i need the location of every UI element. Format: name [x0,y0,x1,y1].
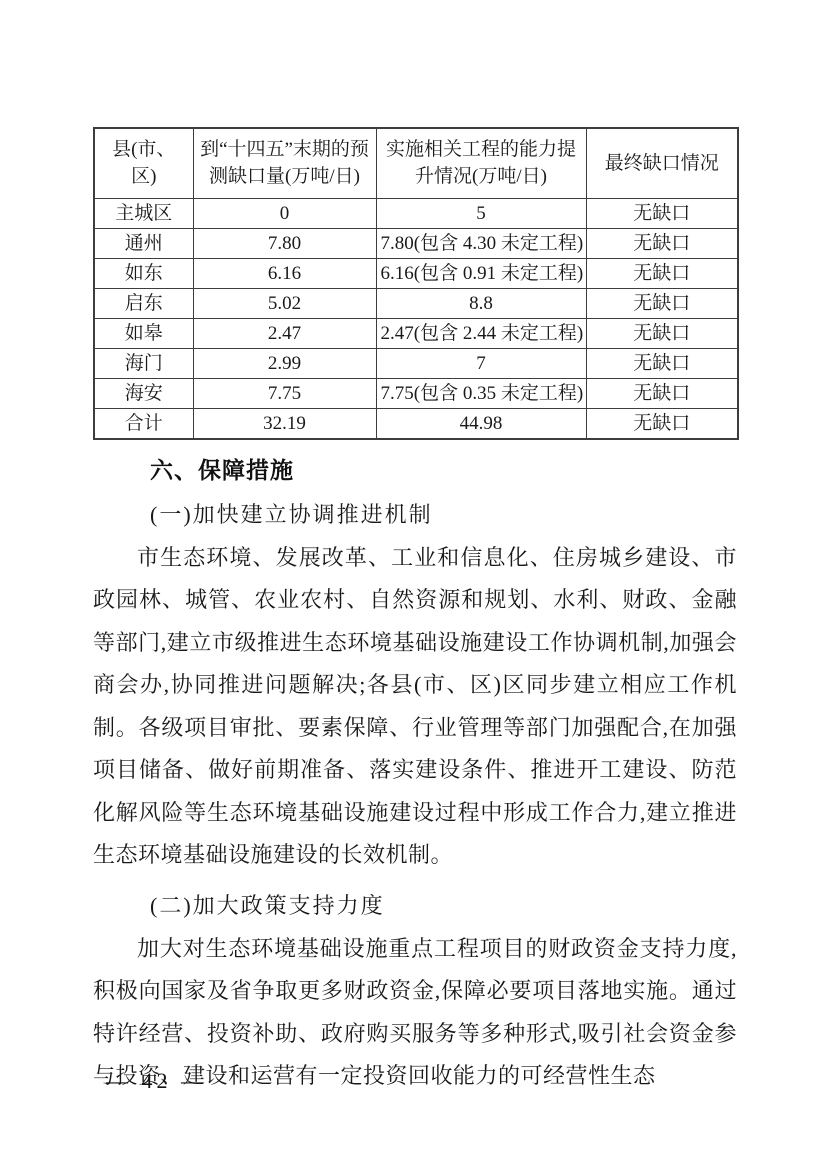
table-cell: 7.75(包含 0.35 未定工程) [376,378,586,408]
table-cell: 2.99 [193,348,376,378]
sub-heading-2: (二)加大政策支持力度 [150,890,737,922]
table-cell: 无缺口 [586,318,738,348]
table-cell: 海门 [94,348,193,378]
table-row: 海门2.997无缺口 [94,348,738,378]
table-cell: 启东 [94,288,193,318]
table-cell: 无缺口 [586,288,738,318]
gap-table-body: 主城区05无缺口通州7.807.80(包含 4.30 未定工程)无缺口如东6.1… [94,198,738,439]
water-gap-table: 县(市、区) 到“十四五”末期的预测缺口量(万吨/日) 实施相关工程的能力提升情… [93,127,739,440]
table-row: 主城区05无缺口 [94,198,738,228]
table-cell: 0 [193,198,376,228]
header-predicted-gap: 到“十四五”末期的预测缺口量(万吨/日) [193,128,376,198]
page-number: — 42 — [106,1068,207,1094]
table-cell: 海安 [94,378,193,408]
table-row: 通州7.807.80(包含 4.30 未定工程)无缺口 [94,228,738,258]
table-cell: 6.16(包含 0.91 未定工程) [376,258,586,288]
table-cell: 32.19 [193,408,376,439]
table-cell: 主城区 [94,198,193,228]
table-row: 合计32.1944.98无缺口 [94,408,738,439]
table-header-row: 县(市、区) 到“十四五”末期的预测缺口量(万吨/日) 实施相关工程的能力提升情… [94,128,738,198]
table-cell: 6.16 [193,258,376,288]
table-cell: 8.8 [376,288,586,318]
table-cell: 5 [376,198,586,228]
page-content: 县(市、区) 到“十四五”末期的预测缺口量(万吨/日) 实施相关工程的能力提升情… [93,127,737,1098]
table-row: 海安7.757.75(包含 0.35 未定工程)无缺口 [94,378,738,408]
table-cell: 2.47(包含 2.44 未定工程) [376,318,586,348]
section-heading: 六、保障措施 [150,454,737,486]
table-cell: 无缺口 [586,348,738,378]
table-header: 县(市、区) 到“十四五”末期的预测缺口量(万吨/日) 实施相关工程的能力提升情… [94,128,738,198]
table-cell: 无缺口 [586,228,738,258]
table-cell: 合计 [94,408,193,439]
table-cell: 无缺口 [586,258,738,288]
table-cell: 7.80(包含 4.30 未定工程) [376,228,586,258]
table-cell: 无缺口 [586,198,738,228]
sub-heading-1: (一)加快建立协调推进机制 [150,499,737,531]
table-cell: 2.47 [193,318,376,348]
table-cell: 44.98 [376,408,586,439]
header-capacity-improvement: 实施相关工程的能力提升情况(万吨/日) [376,128,586,198]
table-cell: 如皋 [94,318,193,348]
paragraph-1: 市生态环境、发展改革、工业和信息化、住房城乡建设、市政园林、城管、农业农村、自然… [93,537,737,877]
table-cell: 如东 [94,258,193,288]
table-cell: 7 [376,348,586,378]
table-cell: 7.75 [193,378,376,408]
table-cell: 5.02 [193,288,376,318]
header-final-gap: 最终缺口情况 [586,128,738,198]
document-page: 县(市、区) 到“十四五”末期的预测缺口量(万吨/日) 实施相关工程的能力提升情… [0,0,826,1169]
table-cell: 7.80 [193,228,376,258]
table-cell: 无缺口 [586,378,738,408]
table-row: 如东6.166.16(包含 0.91 未定工程)无缺口 [94,258,738,288]
table-cell: 通州 [94,228,193,258]
table-row: 如皋2.472.47(包含 2.44 未定工程)无缺口 [94,318,738,348]
table-cell: 无缺口 [586,408,738,439]
table-row: 启东5.028.8无缺口 [94,288,738,318]
header-county: 县(市、区) [94,128,193,198]
